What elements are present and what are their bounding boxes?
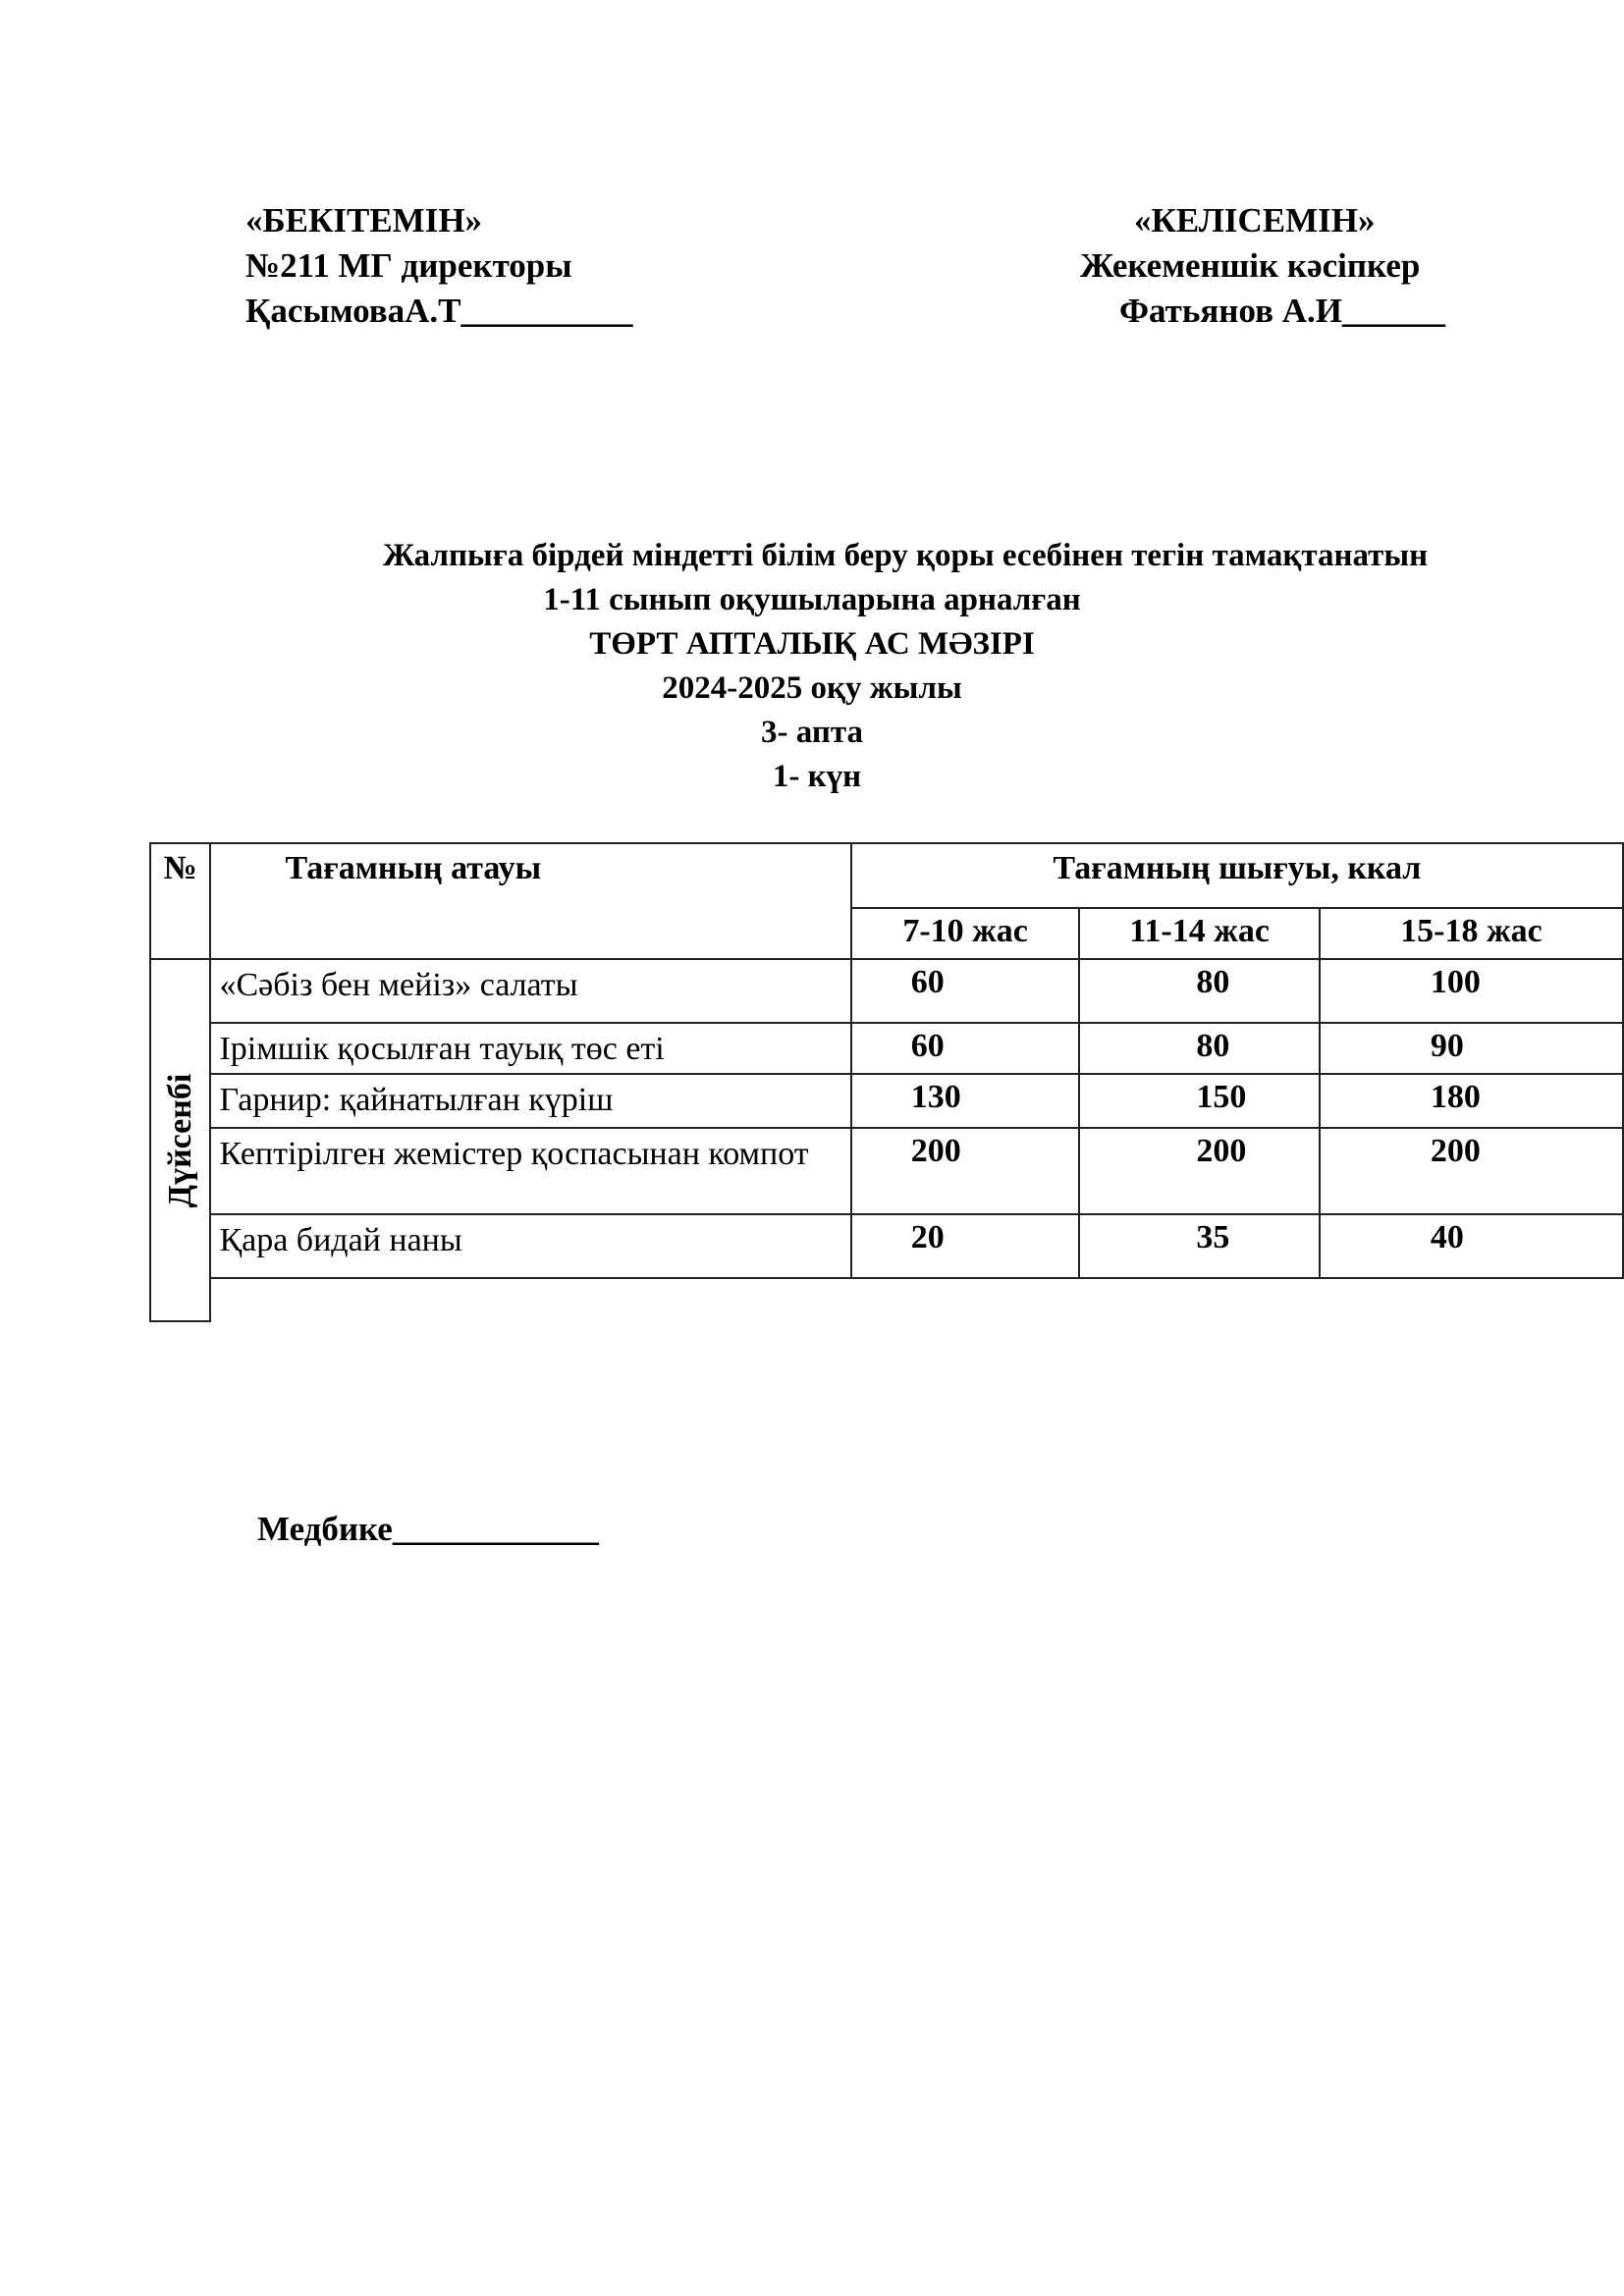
approval-title: «БЕКІТЕМІН» xyxy=(245,198,633,243)
kcal-7-10: 60 xyxy=(851,1023,1080,1074)
table-row: Қара бидай наны 20 35 40 xyxy=(150,1214,1623,1278)
kcal-15-18: 100 xyxy=(1320,959,1623,1023)
table-row: Ірімшік қосылған тауық төс еті 60 80 90 xyxy=(150,1023,1623,1074)
kcal-7-10: 20 xyxy=(851,1214,1080,1278)
table-row: Гарнир: қайнатылған күріш 130 150 180 xyxy=(150,1074,1623,1128)
kcal-15-18: 200 xyxy=(1320,1128,1623,1214)
table-row: Дүйсенбі «Сәбіз бен мейіз» салаты 60 80 … xyxy=(150,959,1623,1023)
header-output-kcal: Тағамның шығуы, ккал xyxy=(851,843,1623,908)
day-cell: Дүйсенбі xyxy=(150,959,210,1321)
kcal-7-10: 60 xyxy=(851,959,1080,1023)
approval-signer: ҚасымоваА.Т__________ xyxy=(245,289,633,334)
empty-cell xyxy=(210,1278,1623,1321)
kcal-11-14: 80 xyxy=(1079,959,1319,1023)
header-dish-name: Тағамның атауы xyxy=(210,843,850,959)
heading-week: 3- апта xyxy=(0,711,1624,755)
day-label: Дүйсенбі xyxy=(162,1073,199,1207)
approval-block: «БЕКІТЕМІН» №211 МГ директоры ҚасымоваА.… xyxy=(245,198,633,334)
document-heading: Жалпыға бірдей міндетті білім беру қоры … xyxy=(0,534,1624,799)
heading-school-year: 2024-2025 оқу жылы xyxy=(0,667,1624,711)
agreement-block: «КЕЛІСЕМІН» Жекеменшік кәсіпкер Фатьянов… xyxy=(1060,198,1522,334)
dish-name: Кептірілген жемістер қоспасынан компот xyxy=(210,1128,850,1214)
approval-position: №211 МГ директоры xyxy=(245,243,633,289)
dish-name: Қара бидай наны xyxy=(210,1214,850,1278)
header-age-11-14: 11-14 жас xyxy=(1079,908,1319,959)
agreement-title: «КЕЛІСЕМІН» xyxy=(1060,198,1522,243)
heading-line-1: Жалпыға бірдей міндетті білім беру қоры … xyxy=(0,534,1624,578)
kcal-7-10: 130 xyxy=(851,1074,1080,1128)
kcal-11-14: 200 xyxy=(1079,1128,1319,1214)
nurse-signature: Медбике____________ xyxy=(257,1510,599,1549)
menu-table: № Тағамның атауы Тағамның шығуы, ккал 7-… xyxy=(149,842,1624,1322)
agreement-position: Жекеменшік кәсіпкер xyxy=(1060,243,1522,289)
kcal-7-10: 200 xyxy=(851,1128,1080,1214)
empty-row xyxy=(150,1278,1623,1321)
table-row: Кептірілген жемістер қоспасынан компот 2… xyxy=(150,1128,1623,1214)
heading-day: 1- күн xyxy=(0,755,1624,799)
kcal-15-18: 90 xyxy=(1320,1023,1623,1074)
header-age-15-18: 15-18 жас xyxy=(1320,908,1623,959)
kcal-15-18: 180 xyxy=(1320,1074,1623,1128)
header-number: № xyxy=(150,843,210,959)
kcal-15-18: 40 xyxy=(1320,1214,1623,1278)
header-age-7-10: 7-10 жас xyxy=(851,908,1080,959)
table-header-row: № Тағамның атауы Тағамның шығуы, ккал xyxy=(150,843,1623,908)
heading-title: ТӨРТ АПТАЛЫҚ АС МӘЗІРІ xyxy=(0,622,1624,667)
dish-name: «Сәбіз бен мейіз» салаты xyxy=(210,959,850,1023)
kcal-11-14: 80 xyxy=(1079,1023,1319,1074)
dish-name: Гарнир: қайнатылған күріш xyxy=(210,1074,850,1128)
kcal-11-14: 150 xyxy=(1079,1074,1319,1128)
heading-line-2: 1-11 сынып оқушыларына арналған xyxy=(0,578,1624,622)
dish-name: Ірімшік қосылған тауық төс еті xyxy=(210,1023,850,1074)
kcal-11-14: 35 xyxy=(1079,1214,1319,1278)
agreement-signer: Фатьянов А.И______ xyxy=(1060,289,1522,334)
